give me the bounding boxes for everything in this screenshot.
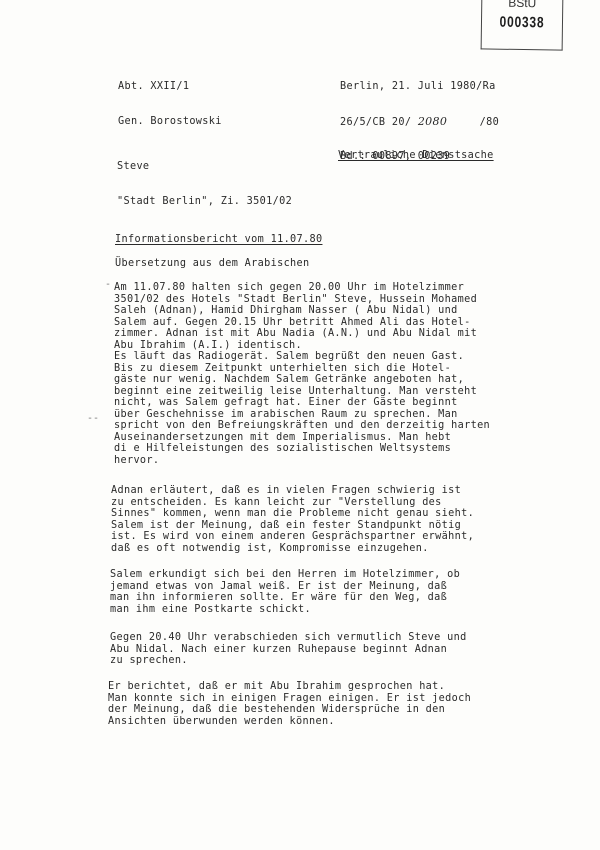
recipient-location: "Stadt Berlin", Zi. 3501/02 [117, 196, 292, 208]
text-line: Am 11.07.80 halten sich gegen 20.00 Uhr … [114, 282, 490, 294]
text-line: ist. Es wird von einem anderen Gesprächs… [111, 531, 474, 543]
paragraph-2: Adnan erläutert, daß es in vielen Fragen… [111, 485, 474, 554]
text-line: Sinnes" kommen, wenn man die Probleme ni… [111, 508, 474, 520]
text-line: Man konnte sich in einigen Fragen einige… [108, 693, 471, 705]
translation-note: Übersetzung aus dem Arabischen [115, 258, 310, 270]
paragraph-1: Am 11.07.80 halten sich gegen 20.00 Uhr … [114, 282, 490, 466]
file-reference: 26/5/CB 20/ 2080 /80 [340, 116, 499, 129]
text-line: zu sprechen. [110, 655, 467, 667]
text-line: hervor. [114, 455, 490, 467]
text-line: man ihn informieren sollte. Er wäre für … [110, 592, 460, 604]
text-line: Auseinandersetzungen mit dem Imperialism… [114, 432, 490, 444]
text-line: daß es oft notwendig ist, Kompromisse ei… [111, 543, 474, 555]
text-line: zimmer. Adnan ist mit Abu Nadia (A.N.) u… [114, 328, 490, 340]
margin-mark: - [105, 279, 111, 290]
sender-block: Abt. XXII/1 Gen. Borostowski [118, 58, 222, 139]
text-line: beginnt eine zeitweilig leise Unterhaltu… [114, 386, 490, 398]
classification-label: Vertrauliche Dienstsache [338, 150, 494, 162]
paragraph-4: Gegen 20.40 Uhr verabschieden sich vermu… [110, 632, 467, 667]
archive-stamp: BStU 000338 [481, 0, 564, 51]
text-line: di e Hilfeleistungen des sozialistischen… [114, 443, 490, 455]
text-line: nicht, was Salem gefragt hat. Einer der … [114, 397, 490, 409]
text-line: Gegen 20.40 Uhr verabschieden sich vermu… [110, 632, 467, 644]
text-line: Ansichten überwunden werden können. [108, 716, 471, 728]
paragraph-5: Er berichtet, daß er mit Abu Ibrahim ges… [108, 681, 471, 727]
text-line: 3501/02 des Hotels "Stadt Berlin" Steve,… [114, 294, 490, 306]
text-line: man ihm eine Postkarte schickt. [110, 604, 460, 616]
paragraph-3: Salem erkundigt sich bei den Herren im H… [110, 569, 460, 615]
text-line: Bis zu diesem Zeitpunkt unterhielten sic… [114, 363, 490, 375]
place-date: Berlin, 21. Juli 1980/Ra [340, 81, 499, 93]
text-line: Abu Nidal. Nach einer kurzen Ruhepause b… [110, 644, 467, 656]
text-line: Er berichtet, daß er mit Abu Ibrahim ges… [108, 681, 471, 693]
text-line: der Meinung, daß die bestehenden Widersp… [108, 704, 471, 716]
stamp-number: 000338 [490, 14, 554, 32]
report-title: Informationsbericht vom 11.07.80 [115, 234, 322, 246]
department: Abt. XXII/1 [118, 81, 222, 93]
stamp-agency: BStU [482, 0, 562, 11]
text-line: Adnan erläutert, daß es in vielen Fragen… [111, 485, 474, 497]
text-line: über Geschehnisse im arabischen Raum zu … [114, 409, 490, 421]
text-line: Es läuft das Radiogerät. Salem begrüßt d… [114, 351, 490, 363]
text-line: Salem ist der Meinung, daß ein fester St… [111, 520, 474, 532]
text-line: Abu Ibrahim (A.I.) identisch. [114, 340, 490, 352]
text-line: Salem erkundigt sich bei den Herren im H… [110, 569, 460, 581]
text-line: zu entscheiden. Es kann leicht zur "Vers… [111, 497, 474, 509]
handwritten-number: 2080 [418, 115, 447, 128]
text-line: spricht von den Befreiungskräften und de… [114, 420, 490, 432]
text-line: Salem auf. Gegen 20.15 Uhr betritt Ahmed… [114, 317, 490, 329]
text-line: jemand etwas von Jamal weiß. Er ist der … [110, 581, 460, 593]
recipient-name: Steve [117, 161, 292, 173]
text-line: Saleh (Adnan), Hamid Dhirgham Nasser ( A… [114, 305, 490, 317]
text-line: gäste nur wenig. Nachdem Salem Getränke … [114, 374, 490, 386]
recipient-block: Steve "Stadt Berlin", Zi. 3501/02 [117, 138, 292, 219]
sender-name: Gen. Borostowski [118, 116, 222, 128]
margin-mark: -- [87, 413, 99, 424]
